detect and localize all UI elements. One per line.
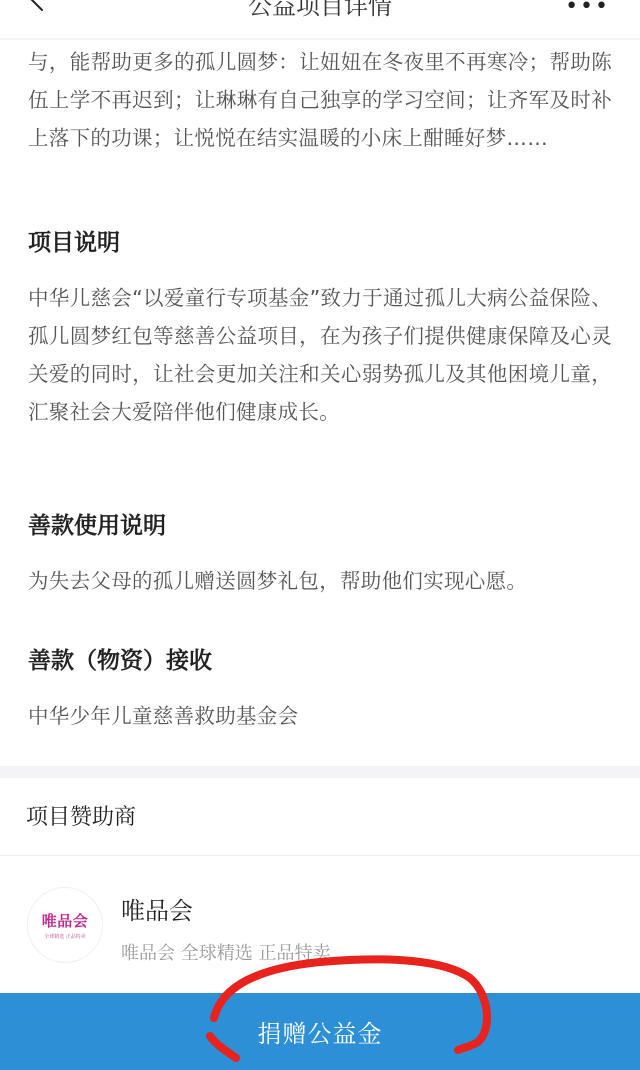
page-title: 公益项目详情 xyxy=(0,0,640,21)
section-body: 为失去父母的孤儿赠送圆梦礼包，帮助他们实现心愿。 xyxy=(0,562,640,600)
top-nav-bar: 公益项目详情 ••• xyxy=(0,0,640,38)
donate-button[interactable]: 捐赠公益金 xyxy=(0,993,640,1070)
more-button[interactable]: ••• xyxy=(565,0,610,19)
project-detail-content: 与，能帮助更多的孤儿圆梦：让妞妞在冬夜里不再寒冷；帮助陈伍上学不再迟到；让琳琳有… xyxy=(0,40,640,157)
sponsor-name: 唯品会 xyxy=(121,891,193,926)
section-project-description: 项目说明 中华儿慈会“以爱童行专项基金”致力于通过孤儿大病公益保险、孤儿圆梦红包… xyxy=(0,227,640,431)
section-title: 项目说明 xyxy=(0,227,640,259)
section-title: 善款使用说明 xyxy=(0,510,640,542)
more-dots-icon: ••• xyxy=(565,0,610,19)
section-separator xyxy=(0,766,640,778)
donate-label: 捐赠公益金 xyxy=(258,1014,383,1049)
section-title: 善款（物资）接收 xyxy=(0,645,640,677)
intro-paragraph: 与，能帮助更多的孤儿圆梦：让妞妞在冬夜里不再寒冷；帮助陈伍上学不再迟到；让琳琳有… xyxy=(0,43,640,157)
sponsor-logo-text: 唯品会 xyxy=(42,910,89,931)
section-body: 中华儿慈会“以爱童行专项基金”致力于通过孤儿大病公益保险、孤儿圆梦红包等慈善公益… xyxy=(0,279,640,431)
sponsor-description: 唯品会 全球精选 正品特卖 xyxy=(121,939,330,965)
sponsor-logo: 唯品会 全球精选 正品特卖 xyxy=(27,887,103,963)
sponsor-heading: 项目赞助商 xyxy=(26,800,136,831)
sponsor-logo-slogan: 全球精选 正品特卖 xyxy=(44,933,86,940)
section-body: 中华少年儿童慈善救助基金会 xyxy=(0,697,640,735)
sponsor-item[interactable]: 唯品会 全球精选 正品特卖 唯品会 唯品会 全球精选 正品特卖 xyxy=(0,857,640,967)
sponsor-header: 项目赞助商 xyxy=(0,778,640,856)
section-fund-usage: 善款使用说明 为失去父母的孤儿赠送圆梦礼包，帮助他们实现心愿。 xyxy=(0,510,640,600)
section-fund-recipient: 善款（物资）接收 中华少年儿童慈善救助基金会 xyxy=(0,645,640,735)
